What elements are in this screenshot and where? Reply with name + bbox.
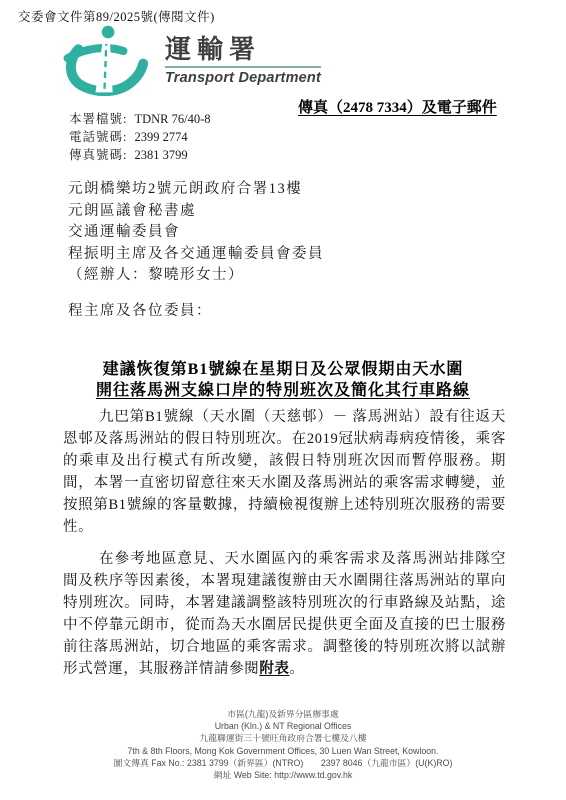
paragraph-2-text: 在參考地區意見、天水圍區內的乘客需求及落馬洲站排隊空間及秩序等因素後，本署現建議… — [63, 551, 506, 677]
footer-website-line: 網址 Web Site: http://www.td.gov.hk — [0, 769, 566, 781]
recipient-line: 元朗區議會秘書處 — [68, 201, 324, 223]
fax-label: 傳真號碼: — [69, 148, 127, 162]
recipient-line: 程振明主席及各交通運輸委員會委員 — [68, 244, 324, 266]
tel-row: 電話號碼:2399 2774 — [69, 128, 211, 146]
transport-department-logo-icon — [62, 24, 156, 96]
our-ref-value: TDNR 76/40-8 — [134, 112, 210, 126]
fax-value: 2381 3799 — [134, 148, 187, 162]
subject-line-2: 開往落馬洲支線口岸的特別班次及簡化其行車路線 — [0, 380, 566, 401]
subject-line-1: 建議恢復第B1號線在星期日及公眾假期由天水圍 — [0, 359, 566, 380]
footer-office-en: Urban (Kln.) & NT Regional Offices — [0, 720, 566, 732]
file-reference-block: 本署檔號:TDNR 76/40-8 電話號碼:2399 2774 傳真號碼:23… — [69, 110, 211, 164]
footer-address-en: 7th & 8th Floors, Mong Kok Government Of… — [0, 745, 566, 757]
letter-body: 九巴第B1號線（天水圍（天慈邨）－ 落馬洲站）設有往返天恩邨及落馬洲站的假日特別… — [63, 406, 506, 690]
letter-page: 交委會文件第89/2025號(傳閱文件) 運輸署 Transport Depar… — [0, 0, 566, 800]
logo-wordmark: 運輸署 Transport Department — [165, 35, 321, 86]
footer-address-cn: 九龍聯運街三十號旺角政府合署七樓及八樓 — [0, 732, 566, 744]
our-ref-row: 本署檔號:TDNR 76/40-8 — [69, 110, 211, 128]
recipient-line: （經辦人：黎曉形女士） — [68, 265, 324, 287]
paragraph-1: 九巴第B1號線（天水圍（天慈邨）－ 落馬洲站）設有往返天恩邨及落馬洲站的假日特別… — [63, 406, 506, 538]
our-ref-label: 本署檔號: — [69, 112, 127, 126]
subject-heading: 建議恢復第B1號線在星期日及公眾假期由天水圍 開往落馬洲支線口岸的特別班次及簡化… — [0, 359, 566, 401]
transport-department-logo: 運輸署 Transport Department — [62, 24, 321, 96]
delivery-method-line: 傳真（2478 7334）及電子郵件 — [298, 96, 497, 117]
paragraph-2: 在參考地區意見、天水圍區內的乘客需求及落馬洲站排隊空間及秩序等因素後，本署現建議… — [63, 548, 506, 680]
circulation-reference: 交委會文件第89/2025號(傳閱文件) — [18, 7, 215, 25]
footer-fax-line: 圖文傳真 Fax No.: 2381 3799（新界區）(NTRO) 2397 … — [0, 757, 566, 769]
logo-name-chinese: 運輸署 — [165, 35, 321, 65]
tel-label: 電話號碼: — [69, 130, 127, 144]
tel-value: 2399 2774 — [134, 130, 187, 144]
recipient-line: 元朗橋樂坊2號元朗政府合署13樓 — [68, 179, 324, 201]
logo-name-english: Transport Department — [165, 70, 321, 86]
paragraph-2-closing: 。 — [290, 661, 305, 677]
logo-divider-rule — [165, 66, 321, 68]
recipient-address-block: 元朗橋樂坊2號元朗政府合署13樓 元朗區議會秘書處 交通運輸委員會 程振明主席及… — [68, 179, 324, 287]
footer-office-cn: 市區(九龍)及新界分區辦事處 — [0, 708, 566, 720]
fax-row: 傳真號碼:2381 3799 — [69, 146, 211, 164]
office-footer: 市區(九龍)及新界分區辦事處 Urban (Kln.) & NT Regiona… — [0, 708, 566, 781]
annex-reference: 附表 — [259, 661, 289, 677]
recipient-line: 交通運輸委員會 — [68, 222, 324, 244]
salutation: 程主席及各位委員： — [68, 299, 212, 320]
